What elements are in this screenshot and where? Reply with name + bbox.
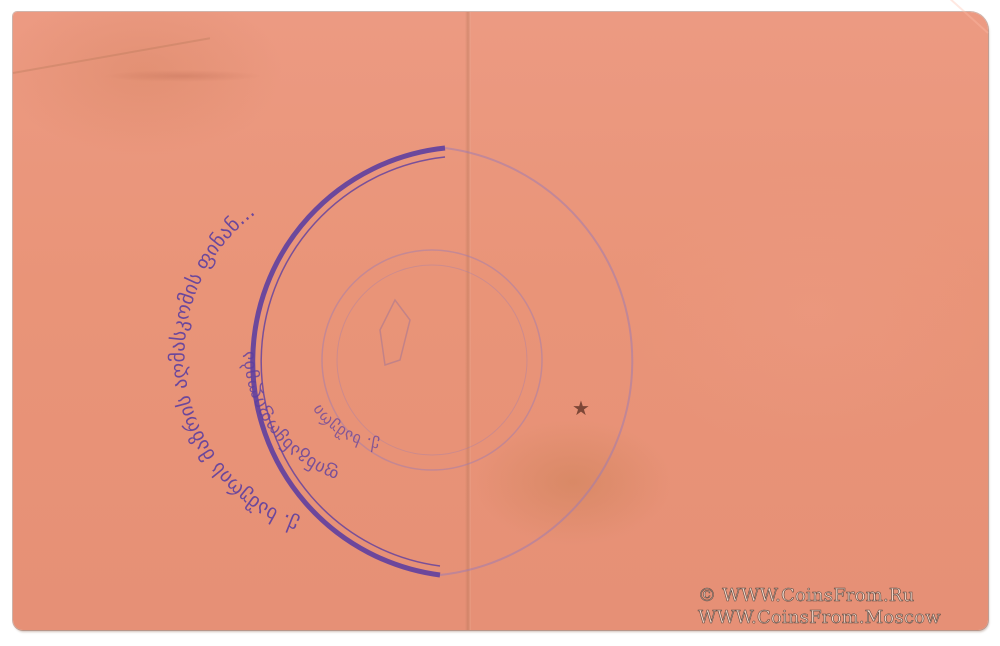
corner-fold-crease [13,37,210,74]
faint-print-smudge [103,70,263,82]
watermark-line-1: © WWW.CoinsFrom.Ru [698,585,941,607]
watermark: © WWW.CoinsFrom.Ru WWW.CoinsFrom.Moscow [698,585,941,629]
corner-fold-crease-right [868,0,988,34]
watermark-line-2: WWW.CoinsFrom.Moscow [698,607,941,629]
vertical-fold-crease [465,12,471,630]
star-mark: ★ [572,398,590,418]
banknote-reverse [13,12,988,630]
